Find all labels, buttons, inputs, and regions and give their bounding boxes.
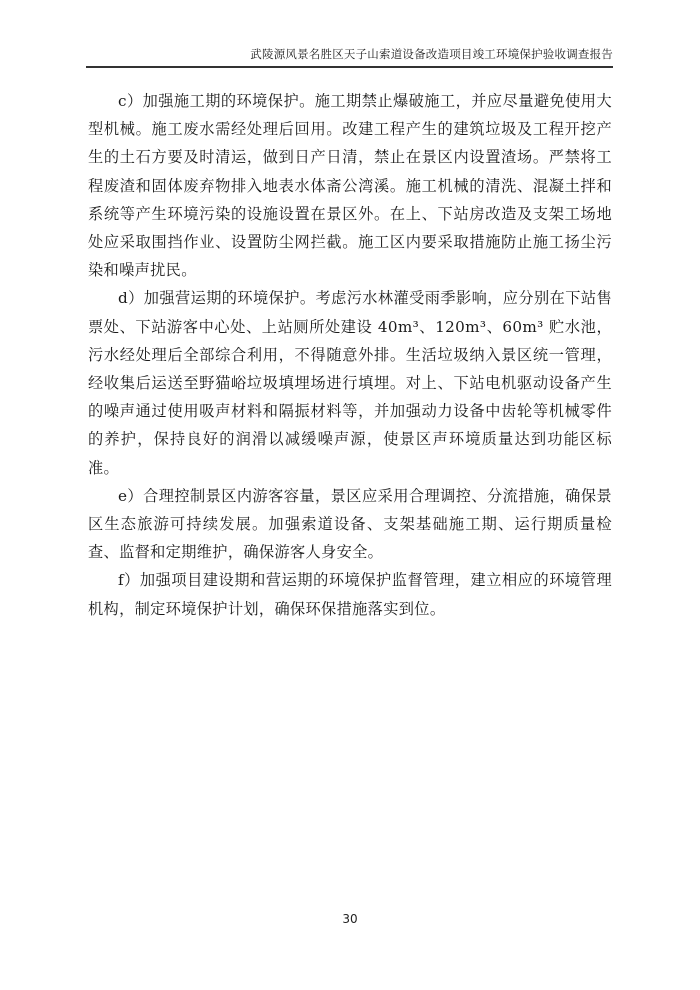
- paragraph-e-visitor-capacity: e）合理控制景区内游客容量，景区应采用合理调控、分流措施，确保景区生态旅游可持续…: [88, 482, 612, 567]
- document-body: c）加强施工期的环境保护。施工期禁止爆破施工，并应尽量避免使用大型机械。施工废水…: [88, 87, 612, 623]
- paragraph-d-operation-protection: d）加强营运期的环境保护。考虑污水林灌受雨季影响，应分别在下站售票处、下站游客中…: [88, 284, 612, 481]
- page-header: 武陵源风景名胜区天子山索道设备改造项目竣工环境保护验收调查报告: [86, 46, 613, 68]
- report-title: 武陵源风景名胜区天子山索道设备改造项目竣工环境保护验收调查报告: [250, 46, 613, 62]
- paragraph-c-construction-protection: c）加强施工期的环境保护。施工期禁止爆破施工，并应尽量避免使用大型机械。施工废水…: [88, 87, 612, 284]
- page-number: 30: [0, 912, 700, 926]
- paragraph-f-supervision: f）加强项目建设期和营运期的环境保护监督管理，建立相应的环境管理机构，制定环境保…: [88, 566, 612, 622]
